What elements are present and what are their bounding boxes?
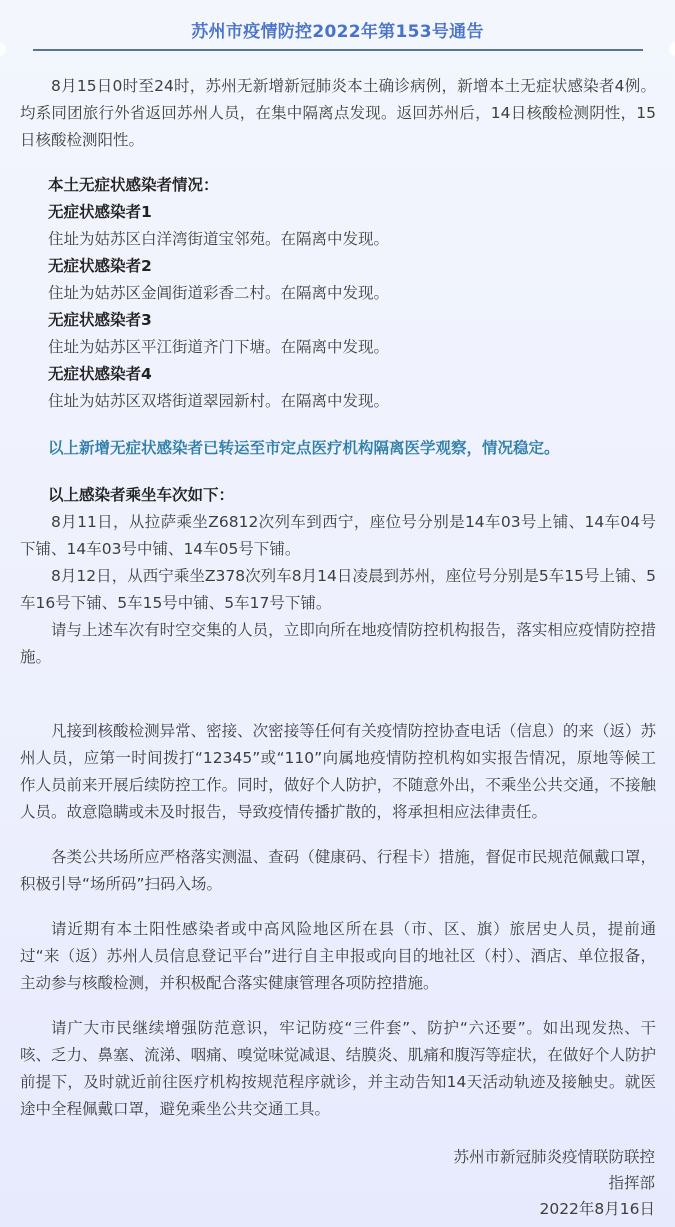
case-address: 住址为姑苏区金阊街道彩香二村。在隔离中发现。: [48, 280, 656, 307]
notice-body: 8月15日0时至24时，苏州无新增新冠肺炎本土确诊病例，新增本土无症状感染者4例…: [20, 73, 656, 1123]
body-paragraph: 各类公共场所应严格落实测温、查码（健康码、行程卡）措施，督促市民规范佩戴口罩，积…: [20, 844, 656, 898]
train-info: 8月12日，从西宁乘坐Z378次列车8月14日凌晨到苏州，座位号分别是5车15号…: [20, 563, 656, 617]
notice-title: 苏州市疫情防控2022年第153号通告: [0, 17, 675, 42]
cases-list: 本土无症状感染者情况： 无症状感染者1 住址为姑苏区白洋湾街道宝邻苑。在隔离中发…: [20, 172, 656, 415]
decorative-dot-left: [0, 42, 6, 56]
case-address: 住址为姑苏区平江街道齐门下塘。在隔离中发现。: [48, 334, 656, 361]
case-address: 住址为姑苏区白洋湾街道宝邻苑。在隔离中发现。: [48, 226, 656, 253]
body-paragraph: 请近期有本土阳性感染者或中高风险地区所在县（市、区、旗）旅居史人员，提前通过“来…: [20, 916, 656, 997]
signature-org-line1: 苏州市新冠肺炎疫情联防联控: [453, 1144, 655, 1170]
title-divider: [33, 49, 643, 51]
case-label: 无症状感染者1: [48, 199, 656, 226]
body-paragraph: 凡接到核酸检测异常、密接、次密接等任何有关疫情防控协查电话（信息）的来（返）苏州…: [20, 718, 656, 826]
notice-page: 苏州市疫情防控2022年第153号通告 8月15日0时至24时，苏州无新增新冠肺…: [0, 0, 675, 1227]
train-advice: 请与上述车次有时空交集的人员，立即向所在地疫情防控机构报告，落实相应疫情防控措施…: [20, 617, 656, 671]
signature-org-line2: 指挥部: [453, 1170, 655, 1196]
signature-block: 苏州市新冠肺炎疫情联防联控 指挥部 2022年8月16日: [453, 1144, 655, 1222]
cases-heading: 本土无症状感染者情况：: [48, 172, 656, 199]
intro-paragraph: 8月15日0时至24时，苏州无新增新冠肺炎本土确诊病例，新增本土无症状感染者4例…: [20, 73, 656, 154]
signature-date: 2022年8月16日: [453, 1196, 655, 1222]
case-label: 无症状感染者2: [48, 253, 656, 280]
trains-heading: 以上感染者乘坐车次如下：: [20, 482, 656, 509]
case-label: 无症状感染者3: [48, 307, 656, 334]
case-address: 住址为姑苏区双塔街道翠园新村。在隔离中发现。: [48, 388, 656, 415]
train-info: 8月11日，从拉萨乘坐Z6812次列车到西宁，座位号分别是14车03号上铺、14…: [20, 509, 656, 563]
highlight-statement: 以上新增无症状感染者已转运至市定点医疗机构隔离医学观察，情况稳定。: [20, 435, 656, 462]
decorative-dot-right: [669, 42, 675, 56]
case-label: 无症状感染者4: [48, 361, 656, 388]
body-paragraph: 请广大市民继续增强防范意识，牢记防疫“三件套”、防护“六还要”。如出现发热、干咳…: [20, 1015, 656, 1123]
